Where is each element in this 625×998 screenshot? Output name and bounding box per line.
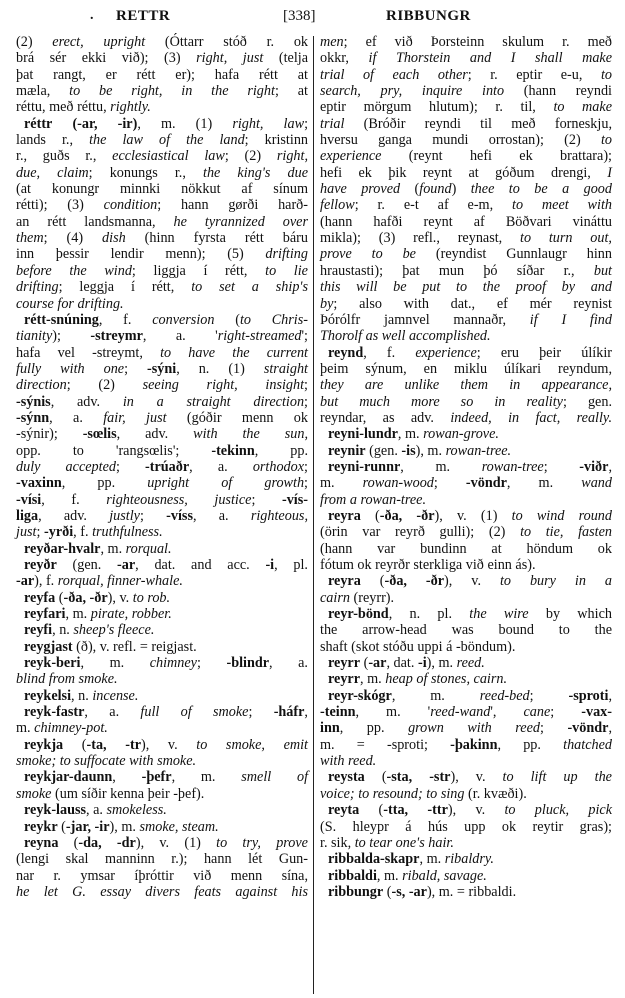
text-line: experience (reynt hefi ek brattara); bbox=[320, 148, 612, 164]
headword: -háfr bbox=[274, 704, 305, 720]
definition-text: to meet with bbox=[512, 197, 612, 213]
definition-text: smokeless. bbox=[107, 802, 167, 818]
text-line: inn, pp. grown with reed; -vöndr, bbox=[320, 720, 612, 736]
entry-text: (at konungr minnki nökkut af sínum bbox=[16, 181, 308, 197]
definition-text: ribaldry. bbox=[445, 851, 494, 867]
text-line: reyni-lundr, m. rowan-grove. bbox=[320, 426, 612, 442]
definition-text: seeing right, insight bbox=[143, 377, 304, 393]
entry-text: , a. bbox=[84, 704, 140, 720]
headword: reyfari bbox=[24, 606, 66, 622]
headword: ribbungr bbox=[328, 884, 383, 900]
entry-text: ; bbox=[304, 475, 308, 491]
definition-text: to bbox=[601, 132, 612, 148]
entry-text: , pp. bbox=[62, 475, 148, 491]
entry-text: nar r. ymsar íþróttir við menn sína, bbox=[16, 868, 308, 884]
text-line: hraustasti); þat mun þó síðar r., but bbox=[320, 263, 612, 279]
text-line: -sýnn, a. fair, just (góðir menn ok bbox=[16, 410, 308, 426]
entry-text: ; bbox=[124, 361, 147, 377]
headword: reyk-fastr bbox=[24, 704, 84, 720]
entry-text: þat rangt, er rétt er); hafa rétt at bbox=[16, 67, 308, 83]
text-line: cairn (reyrr). bbox=[320, 590, 612, 606]
text-line: reyfi, n. sheep's fleece. bbox=[16, 622, 308, 638]
entry-text: ; at bbox=[275, 83, 308, 99]
entry-text: , m. ' bbox=[355, 704, 430, 720]
entry-text: ), v. bbox=[448, 802, 505, 818]
definition-text: with reed. bbox=[320, 753, 376, 769]
entry-text: (hinn fyrsta rétt báru bbox=[126, 230, 308, 246]
definition-text: from a rowan-tree. bbox=[320, 492, 426, 508]
text-line: reykja (-ta, -tr), v. to smoke, emit bbox=[16, 737, 308, 753]
entry-text: ; (4) bbox=[44, 230, 102, 246]
definition-text: condition bbox=[104, 197, 158, 213]
text-line: m. chimney-pot. bbox=[16, 720, 308, 736]
entry-text: , a. bbox=[193, 508, 251, 524]
header-mark: . bbox=[90, 8, 94, 24]
text-line: drifting; leggja í rétt, to set a ship's bbox=[16, 279, 308, 295]
headword: -ar bbox=[117, 557, 135, 573]
definition-text: duly accepted bbox=[16, 459, 116, 475]
headword: reyrr bbox=[328, 671, 360, 687]
entry-text: , adv. bbox=[117, 426, 194, 442]
definition-text: trial bbox=[320, 116, 344, 132]
definition-text: by bbox=[320, 296, 333, 312]
text-line: rétti); (3) condition; hann gørði harð- bbox=[16, 197, 308, 213]
entry-text: r. sik, bbox=[320, 835, 355, 851]
entry-text: ), v. bbox=[450, 769, 502, 785]
entry-text: ), m. bbox=[427, 655, 457, 671]
text-line: ribbungr (-s, -ar), m. = ribbaldi. bbox=[320, 884, 612, 900]
headword: -vís- bbox=[282, 492, 308, 508]
entry-text: , bbox=[608, 720, 612, 736]
headword: reykr bbox=[24, 819, 58, 835]
definition-text: smoke bbox=[16, 786, 51, 802]
headword: ribbalda-skapr bbox=[328, 851, 419, 867]
definition-text: cane bbox=[524, 704, 551, 720]
headword: -ta, -tr bbox=[87, 737, 141, 753]
entry-text: , pp. bbox=[497, 737, 563, 753]
text-line: reykjar-daunn, -þefr, m. smell of bbox=[16, 769, 308, 785]
entry-text: (reynt hefi ek brattara); bbox=[381, 148, 612, 164]
text-line: reynd, f. experience; eru þeir úlíkir bbox=[320, 345, 612, 361]
headword: (-ar, -ir) bbox=[72, 116, 137, 132]
entry-text: , a. bbox=[86, 802, 107, 818]
entry-text: ), v. (1) bbox=[435, 508, 512, 524]
entry-text: (örin var reyrð gulli); (2) bbox=[320, 524, 520, 540]
headword: -vax- bbox=[581, 704, 612, 720]
definition-text: have proved bbox=[320, 181, 400, 197]
entry-text: ), v. bbox=[141, 737, 196, 753]
text-line: hversu ganga mundi orrostan); (2) to bbox=[320, 132, 612, 148]
entry-text: , f. bbox=[363, 345, 415, 361]
headword: -vaxinn bbox=[16, 475, 62, 491]
text-line: (at konungr minnki nökkut af sínum bbox=[16, 181, 308, 197]
entry-text: ; leggja í rétt, bbox=[59, 279, 192, 295]
definition-text: to pluck, pick bbox=[504, 802, 612, 818]
entry-text: ; hann gørði harð- bbox=[157, 197, 308, 213]
headword: reynir bbox=[328, 443, 366, 459]
headword: reyra bbox=[328, 573, 361, 589]
entry-text: (reyrr). bbox=[350, 590, 394, 606]
text-line: shaft (skot stóðu uppi á -böndum). bbox=[320, 639, 612, 655]
entry-text: ( bbox=[400, 181, 419, 197]
entry-text: ; bbox=[434, 475, 466, 491]
headword: -vöndr bbox=[466, 475, 507, 491]
headword: -ða, -ðr bbox=[380, 508, 435, 524]
definition-text: dish bbox=[102, 230, 126, 246]
text-line: reyðr (gen. -ar, dat. and acc. -i, pl. bbox=[16, 557, 308, 573]
headword: reykja bbox=[24, 737, 63, 753]
column-divider bbox=[313, 36, 314, 994]
text-line: them; (4) dish (hinn fyrsta rétt báru bbox=[16, 230, 308, 246]
text-line: reyrr, m. heap of stones, cairn. bbox=[320, 671, 612, 687]
headword: -sta, -str bbox=[387, 769, 451, 785]
definition-text: men bbox=[320, 34, 344, 50]
headword: -sproti bbox=[569, 688, 609, 704]
definition-text: rowan-grove. bbox=[423, 426, 499, 442]
entry-text: ; (2) bbox=[225, 148, 277, 164]
headword: -þakinn bbox=[450, 737, 497, 753]
headword: -viðr bbox=[579, 459, 608, 475]
entry-text: fótum ok reyrðr sterkliga við einn ás). bbox=[320, 557, 536, 573]
text-line: duly accepted; -trúaðr, a. orthodox; bbox=[16, 459, 308, 475]
definition-text: but bbox=[594, 263, 612, 279]
text-line: m. = -sproti; -þakinn, pp. thatched bbox=[320, 737, 612, 753]
entry-text: , n. bbox=[52, 622, 73, 638]
definition-text: ecclesiastical law bbox=[112, 148, 225, 164]
entry-text: , a. ' bbox=[143, 328, 218, 344]
text-line: men; ef við Þorsteinn skulum r. með bbox=[320, 34, 612, 50]
definition-text: prove to be bbox=[320, 246, 416, 262]
definition-text: found bbox=[419, 181, 451, 197]
entry-text: , pl. bbox=[274, 557, 308, 573]
definition-text: this will be put to the proof by and bbox=[320, 279, 612, 295]
definition-text: wand bbox=[581, 475, 612, 491]
text-line: with reed. bbox=[320, 753, 612, 769]
entry-text: ( bbox=[55, 590, 63, 606]
definition-text: rorqual. bbox=[126, 541, 172, 557]
entry-text: lands r., bbox=[16, 132, 89, 148]
headword: reyni-runnr bbox=[328, 459, 400, 475]
entry-text: ( bbox=[361, 573, 385, 589]
definition-text: to Chris- bbox=[240, 312, 308, 328]
entry-text: , m. bbox=[66, 606, 91, 622]
definition-text: he let G. essay divers feats against his bbox=[16, 884, 308, 900]
definition-text: to wind round bbox=[512, 508, 612, 524]
entry-text: þeim sýnum, en miklu úlíkari reyndum, bbox=[320, 361, 612, 377]
text-line: just; -yrði, f. truthfulness. bbox=[16, 524, 308, 540]
left-column: (2) erect, upright (Óttarr stóð r. okbrá… bbox=[16, 34, 308, 900]
definition-text: direction bbox=[16, 377, 67, 393]
entry-text: , f. bbox=[99, 312, 152, 328]
text-line: reykr (-jar, -ir), m. smoke, steam. bbox=[16, 819, 308, 835]
text-line: -ar), f. rorqual, finner-whale. bbox=[16, 573, 308, 589]
entry-text: ; bbox=[540, 720, 567, 736]
text-line: reyðar-hvalr, m. rorqual. bbox=[16, 541, 308, 557]
definition-text: reed-bed bbox=[480, 688, 530, 704]
entry-text: mikla); (3) refl., reynast, bbox=[320, 230, 520, 246]
entry-text: (ð), v. refl. = reigjast. bbox=[73, 639, 197, 655]
headword: -tekinn bbox=[211, 443, 254, 459]
text-line: Þórólfr jamnvel mannaðr, if I find bbox=[320, 312, 612, 328]
entry-text: m. = -sproti; bbox=[320, 737, 450, 753]
definition-text: rowan-tree bbox=[482, 459, 544, 475]
definition-text: the wire bbox=[469, 606, 528, 622]
definition-text: just bbox=[16, 524, 37, 540]
headword: -sœlis bbox=[83, 426, 117, 442]
entry-text: opp. to 'rangsœlis'; bbox=[16, 443, 211, 459]
page-header: . RETTR [338] RIBBUNGR bbox=[0, 8, 625, 30]
headword: -ða, -ðr bbox=[64, 590, 108, 606]
entry-text: hraustasti); þat mun þó síðar r., bbox=[320, 263, 594, 279]
entry-text: (hann hafði reynt af Böðvari vináttu bbox=[320, 214, 612, 230]
headword: reyk-lauss bbox=[24, 802, 86, 818]
entry-text: ; r. e-t af e-m, bbox=[355, 197, 512, 213]
definition-text: straight bbox=[264, 361, 308, 377]
right-running-headword: RIBBUNGR bbox=[386, 8, 471, 25]
text-line: ribbaldi, m. ribald, savage. bbox=[320, 868, 612, 884]
headword: -vísi bbox=[16, 492, 41, 508]
text-line: reyni-runnr, m. rowan-tree; -viðr, bbox=[320, 459, 612, 475]
definition-text: smell of bbox=[241, 769, 308, 785]
entry-text: ; gen. bbox=[563, 394, 612, 410]
entry-text: eptir mörgum hlutum); r. til, bbox=[320, 99, 553, 115]
definition-text: with the sun, bbox=[193, 426, 308, 442]
definition-text: erect, upright bbox=[52, 34, 145, 50]
headword: reygjast bbox=[24, 639, 73, 655]
definition-text: justly bbox=[109, 508, 140, 524]
definition-text: rorqual, finner-whale. bbox=[58, 573, 183, 589]
definition-text: grown with reed bbox=[408, 720, 540, 736]
headword: -ar bbox=[16, 573, 34, 589]
headword: reyr-bönd bbox=[328, 606, 389, 622]
entry-text: (hann reyndi bbox=[504, 83, 612, 99]
headword: -s, -ar bbox=[391, 884, 426, 900]
text-line: Thorolf as well accomplished. bbox=[320, 328, 612, 344]
text-line: tianity); -streymr, a. 'right-streamed'; bbox=[16, 328, 308, 344]
entry-text: , m. bbox=[419, 851, 444, 867]
definition-text: incense. bbox=[92, 688, 138, 704]
headword: -blindr bbox=[226, 655, 269, 671]
headword: reyrr bbox=[328, 655, 360, 671]
headword: -sýnis bbox=[16, 394, 51, 410]
entry-text: (góðir menn ok bbox=[167, 410, 308, 426]
text-line: but much more so in reality; gen. bbox=[320, 394, 612, 410]
text-line: reyrr (-ar, dat. -i), m. reed. bbox=[320, 655, 612, 671]
entry-text: , m. (1) bbox=[137, 116, 232, 132]
headword: reyk-beri bbox=[24, 655, 80, 671]
headword: reyra bbox=[328, 508, 361, 524]
definition-text: rowan-wood bbox=[363, 475, 434, 491]
headword: -yrði bbox=[44, 524, 73, 540]
headword: reysta bbox=[328, 769, 365, 785]
headword: reyðar-hvalr bbox=[24, 541, 100, 557]
definition-text: if Thorstein and I shall make bbox=[369, 50, 612, 66]
entry-text: , f. bbox=[41, 492, 106, 508]
text-line: smoke; to suffocate with smoke. bbox=[16, 753, 308, 769]
text-line: ribbalda-skapr, m. ribaldry. bbox=[320, 851, 612, 867]
entry-text: (reyndist Gunnlaugr hinn bbox=[416, 246, 612, 262]
definition-text: righteous, bbox=[251, 508, 308, 524]
definition-text: right-streamed bbox=[218, 328, 302, 344]
text-line: réttu, með réttu, rightly. bbox=[16, 99, 308, 115]
text-line: opp. to 'rangsœlis'; -tekinn, pp. bbox=[16, 443, 308, 459]
text-line: reyk-fastr, a. full of smoke; -háfr, bbox=[16, 704, 308, 720]
entry-text: ( bbox=[365, 769, 387, 785]
entry-text: (gen. bbox=[366, 443, 402, 459]
definition-text: blind from smoke. bbox=[16, 671, 118, 687]
text-line: mikla); (3) refl., reynast, to turn out, bbox=[320, 230, 612, 246]
headword: reyna bbox=[24, 835, 58, 851]
text-line: -vísi, f. righteousness, justice; -vís- bbox=[16, 492, 308, 508]
headword: reykelsi bbox=[24, 688, 71, 704]
definition-text: fully with one bbox=[16, 361, 124, 377]
text-line: direction; (2) seeing right, insight; bbox=[16, 377, 308, 393]
text-line: this will be put to the proof by and bbox=[320, 279, 612, 295]
headword: -trúaðr bbox=[145, 459, 189, 475]
entry-text: , pp. bbox=[340, 720, 408, 736]
definition-text: pirate, robber. bbox=[91, 606, 172, 622]
definition-text: right, bbox=[277, 148, 308, 164]
entry-text: shaft (skot stóðu uppi á -böndum). bbox=[320, 639, 515, 655]
text-line: reykelsi, n. incense. bbox=[16, 688, 308, 704]
entry-text: , bbox=[608, 688, 612, 704]
entry-text: ) bbox=[452, 181, 471, 197]
entry-text: (S. hleypr á hús upp ok reytir gras); bbox=[320, 819, 612, 835]
entry-text: m. bbox=[16, 720, 34, 736]
text-line: r., guðs r., ecclesiastical law; (2) rig… bbox=[16, 148, 308, 164]
text-line: smoke (um síðir kenna þeir -þef). bbox=[16, 786, 308, 802]
headword: -sýnn bbox=[16, 410, 49, 426]
entry-text: (2) bbox=[16, 34, 52, 50]
headword: -þefr bbox=[142, 769, 172, 785]
headword: inn bbox=[320, 720, 340, 736]
headword: reyta bbox=[328, 802, 359, 818]
entry-text: ), m. = ribbaldi. bbox=[427, 884, 516, 900]
entry-text: okkr, bbox=[320, 50, 369, 66]
definition-text: smoke, steam. bbox=[139, 819, 218, 835]
text-line: (S. hleypr á hús upp ok reytir gras); bbox=[320, 819, 612, 835]
definition-text: them bbox=[16, 230, 44, 246]
definition-text: to try, prove bbox=[216, 835, 308, 851]
definition-text: full of smoke bbox=[140, 704, 248, 720]
text-line: reyr-skógr, m. reed-bed; -sproti, bbox=[320, 688, 612, 704]
definition-text: thee to be a good bbox=[471, 181, 612, 197]
headword: -sýni bbox=[147, 361, 176, 377]
definition-text: chimney bbox=[150, 655, 197, 671]
entry-text: ; bbox=[304, 459, 308, 475]
entry-text: inn þessir lendir menn); (5) bbox=[16, 246, 265, 262]
definition-text: to bbox=[601, 67, 612, 83]
definition-text: conversion bbox=[152, 312, 214, 328]
entry-text: ( bbox=[63, 737, 86, 753]
entry-text: ; konungs r., bbox=[89, 165, 203, 181]
entry-text: ), v. (1) bbox=[136, 835, 216, 851]
entry-text: , m. bbox=[377, 868, 402, 884]
entry-text: ( bbox=[58, 819, 66, 835]
entry-text: , m. bbox=[400, 459, 481, 475]
headword: ribbaldi bbox=[328, 868, 377, 884]
definition-text: drifting bbox=[16, 279, 59, 295]
definition-text: reed-wand bbox=[430, 704, 490, 720]
headword: réttr bbox=[24, 116, 52, 132]
text-line: (2) erect, upright (Óttarr stóð r. ok bbox=[16, 34, 308, 50]
headword: -teinn bbox=[320, 704, 355, 720]
entry-text: ), v. bbox=[444, 573, 500, 589]
entry-text: ; liggja í rétt, bbox=[132, 263, 265, 279]
entry-text: the arrow-head was bound to the bbox=[320, 622, 612, 638]
text-line: reyr-bönd, n. pl. the wire by which bbox=[320, 606, 612, 622]
text-line: fellow; r. e-t af e-m, to meet with bbox=[320, 197, 612, 213]
text-line: mæla, to be right, in the right; at bbox=[16, 83, 308, 99]
entry-text: , m. bbox=[360, 671, 385, 687]
entry-text: , f. bbox=[73, 524, 92, 540]
headword: reyfa bbox=[24, 590, 55, 606]
text-line: reyk-lauss, a. smokeless. bbox=[16, 802, 308, 818]
definition-text: cairn bbox=[320, 590, 350, 606]
text-line: reynir (gen. -is), m. rowan-tree. bbox=[320, 443, 612, 459]
text-line: lands r., the law of the land; kristinn bbox=[16, 132, 308, 148]
entry-text: , dat. and acc. bbox=[135, 557, 265, 573]
page-number: [338] bbox=[283, 8, 316, 25]
definition-text: rowan-tree. bbox=[446, 443, 512, 459]
text-line: reygjast (ð), v. refl. = reigjast. bbox=[16, 639, 308, 655]
entry-text: ); bbox=[52, 328, 90, 344]
definition-text: to tie, fasten bbox=[520, 524, 612, 540]
definition-text: to lie bbox=[265, 263, 308, 279]
text-line: nar r. ymsar íþróttir við menn sína, bbox=[16, 868, 308, 884]
entry-text: ; bbox=[304, 116, 308, 132]
definition-text: righteousness, justice bbox=[106, 492, 251, 508]
entry-text: rétti); (3) bbox=[16, 197, 104, 213]
entry-text: , a. bbox=[189, 459, 253, 475]
definition-text: to make bbox=[553, 99, 612, 115]
entry-text: ( bbox=[359, 802, 383, 818]
entry-text: , n. pl. bbox=[389, 606, 470, 622]
entry-text: , a. bbox=[269, 655, 308, 671]
entry-text: , m. bbox=[80, 655, 149, 671]
definition-text: Thorolf as well accomplished. bbox=[320, 328, 491, 344]
entry-text: ), v. bbox=[108, 590, 133, 606]
entry-text: ; bbox=[37, 524, 45, 540]
entry-text: ; bbox=[550, 704, 581, 720]
definition-text: he tyrannized over bbox=[174, 214, 308, 230]
entry-text: , m. bbox=[172, 769, 242, 785]
headword: -ar bbox=[368, 655, 386, 671]
text-line: m. rowan-wood; -vöndr, m. wand bbox=[320, 475, 612, 491]
headword: -vöndr bbox=[567, 720, 608, 736]
entry-text: ), f. bbox=[34, 573, 58, 589]
text-line: he let G. essay divers feats against his bbox=[16, 884, 308, 900]
text-line: r. sik, to tear one's hair. bbox=[320, 835, 612, 851]
definition-text: indeed, in fact, really. bbox=[450, 410, 612, 426]
text-line: þat rangt, er rétt er); hafa rétt at bbox=[16, 67, 308, 83]
text-line: (örin var reyrð gulli); (2) to tie, fast… bbox=[320, 524, 612, 540]
headword: -ða, -ðr bbox=[385, 573, 445, 589]
entry-text: ', bbox=[490, 704, 523, 720]
headword: -streymr bbox=[90, 328, 143, 344]
definition-text: to have the current bbox=[160, 345, 308, 361]
text-line: course for drifting. bbox=[16, 296, 308, 312]
text-line: reyfari, m. pirate, robber. bbox=[16, 606, 308, 622]
entry-text: (um síðir kenna þeir -þef). bbox=[51, 786, 204, 802]
text-line: réttr (-ar, -ir), m. (1) right, law; bbox=[16, 116, 308, 132]
entry-text: (lengi skal manninn r.); hann lét Gun- bbox=[16, 851, 308, 867]
entry-text: hafa vel -streymt, bbox=[16, 345, 160, 361]
entry-text: ; kristinn bbox=[245, 132, 308, 148]
left-running-headword: RETTR bbox=[116, 8, 170, 25]
definition-text: the king's due bbox=[203, 165, 308, 181]
entry-text: ( bbox=[214, 312, 239, 328]
